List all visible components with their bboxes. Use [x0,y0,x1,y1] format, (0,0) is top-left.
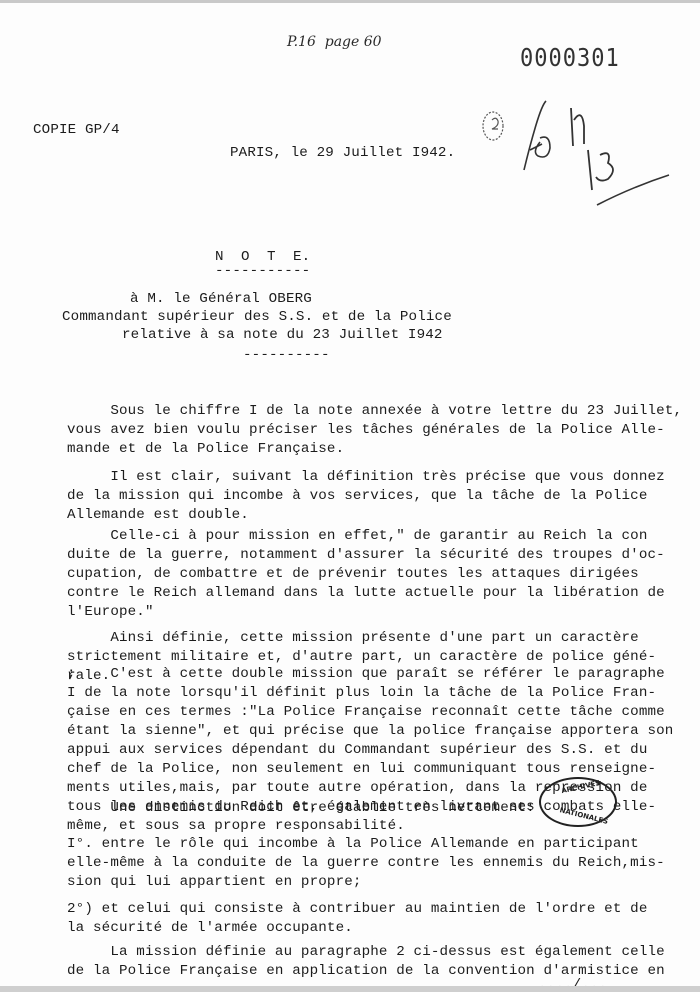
body-line: appui aux services dépendant du Commanda… [67,741,647,760]
body-line: étant la sienne", et qui précise que la … [67,722,673,741]
body-line: I de la note lorsqu'il définit plus loin… [67,684,656,703]
body-line: Celle-ci à pour mission en effet," de ga… [67,527,647,546]
body-line: mande et de la Police Française. [67,440,344,459]
body-line: elle-même à la conduite de la guerre con… [67,854,665,873]
section-separator: ---------- [243,346,330,365]
body-line: duite de la guerre, notamment d'assurer … [67,546,665,565]
title-underline: ----------- [215,262,310,281]
body-line: vous avez bien voulu préciser les tâches… [67,421,665,440]
addressee-line: à M. le Général OBERG [130,290,312,309]
body-line: l'Europe." [67,603,154,622]
place-and-date: PARIS, le 29 Juillet I942. [230,144,455,163]
body-line: de la mission qui incombe à vos services… [67,487,647,506]
body-line: çaise en ces termes :"La Police Français… [67,703,665,722]
body-line: La mission définie au paragraphe 2 ci-de… [67,943,665,962]
body-line: Sous le chiffre I de la note annexée à v… [67,402,682,421]
body-line: sion qui lui appartient en propre; [67,873,362,892]
addressee-line: Commandant supérieur des S.S. et de la P… [62,308,452,327]
body-line: 2°) et celui qui consiste à contribuer a… [67,900,647,919]
scan-bottom-edge [0,986,700,992]
archives-nationales-stamp: ARCHIVES NATIONALES [539,777,617,827]
body-line: la sécurité de l'armée occupante. [67,919,353,938]
body-line: I°. entre le rôle qui incombe à la Polic… [67,835,639,854]
body-line: ; C'est à cette double mission que paraî… [67,665,665,684]
body-line: Allemande est double. [67,506,249,525]
body-line: Il est clair, suivant la définition très… [67,468,665,487]
addressee-line: relative à sa note du 23 Juillet I942 [122,326,443,345]
body-line: contre le Reich allemand dans la lutte a… [67,584,665,603]
handwritten-folio-marks [0,0,700,240]
body-line: cupation, de combattre et de prévenir to… [67,565,639,584]
body-line: Ainsi définie, cette mission présente d'… [67,629,639,648]
copy-reference: COPIE GP/4 [33,121,120,140]
document-page: P.16 page 60 0000301 COPIE GP/4 PARIS, l… [0,0,700,992]
stamp-bottom-text: NATIONALES [559,806,609,826]
body-line: même, et sous sa propre responsabilité. [67,817,405,836]
stamp-top-text: ARCHIVES [561,779,601,795]
body-line: chef de la Police, non seulement en lui … [67,760,656,779]
body-line: Une distinction doit être établie très n… [67,799,535,818]
